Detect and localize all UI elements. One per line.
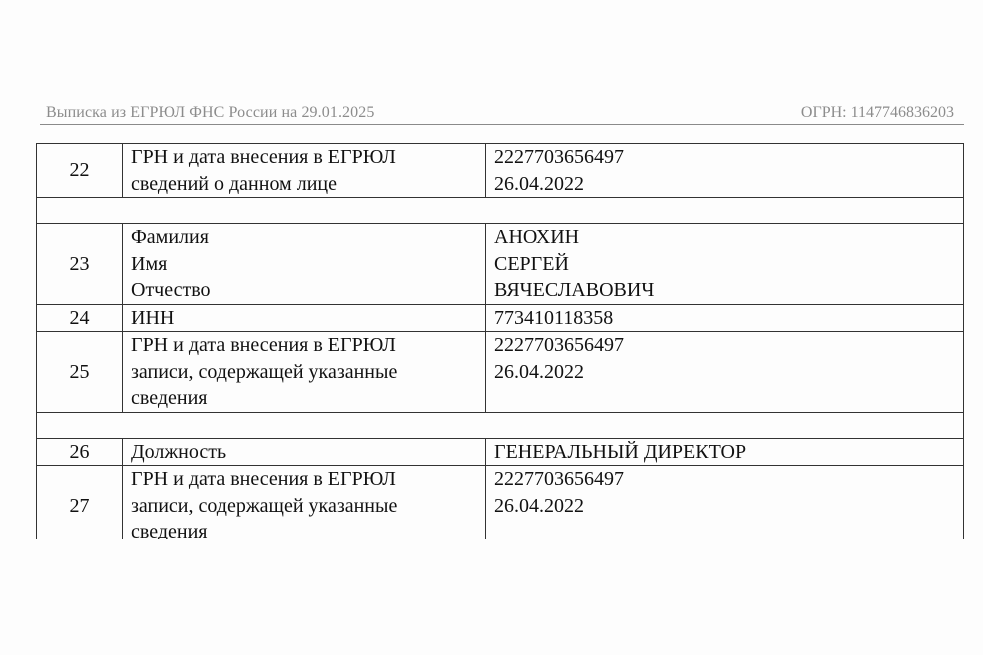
field-value: 222770365649726.04.2022 (486, 144, 964, 198)
table-row: 27ГРН и дата внесения в ЕГРЮЛзаписи, сод… (37, 466, 964, 540)
row-number: 23 (37, 224, 123, 305)
field-value: 222770365649726.04.2022 (486, 332, 964, 413)
value-line: ГЕНЕРАЛЬНЫЙ ДИРЕКТОР (494, 439, 955, 466)
extract-title: Выписка из ЕГРЮЛ ФНС России на 29.01.202… (46, 104, 374, 122)
value-line: ВЯЧЕСЛАВОВИЧ (494, 277, 955, 304)
row-number: 25 (37, 332, 123, 413)
value-line: 26.04.2022 (494, 171, 955, 198)
label-line: Отчество (131, 277, 477, 304)
row-number: 22 (37, 144, 123, 198)
value-line: 773410118358 (494, 305, 955, 332)
label-line: ГРН и дата внесения в ЕГРЮЛ (131, 332, 477, 359)
section-separator-row (37, 198, 964, 224)
field-value: 222770365649726.04.2022 (486, 466, 964, 540)
ogrn-label: ОГРН: 1147746836203 (801, 104, 954, 122)
table-row: 22ГРН и дата внесения в ЕГРЮЛсведений о … (37, 144, 964, 198)
page-header: Выписка из ЕГРЮЛ ФНС России на 29.01.202… (40, 104, 964, 125)
field-label: ГРН и дата внесения в ЕГРЮЛзаписи, содер… (123, 466, 486, 540)
row-number: 24 (37, 304, 123, 332)
label-line: Должность (131, 439, 477, 466)
label-line: ГРН и дата внесения в ЕГРЮЛ (131, 466, 477, 493)
label-line: Имя (131, 251, 477, 278)
table-row: 25ГРН и дата внесения в ЕГРЮЛзаписи, сод… (37, 332, 964, 413)
label-line: сведений о данном лице (131, 171, 477, 198)
field-label: ФамилияИмяОтчество (123, 224, 486, 305)
section-separator-row (37, 412, 964, 438)
field-label: Должность (123, 438, 486, 466)
label-line: ИНН (131, 305, 477, 332)
field-label: ГРН и дата внесения в ЕГРЮЛзаписи, содер… (123, 332, 486, 413)
separator-cell (37, 412, 964, 438)
label-line: записи, содержащей указанные (131, 493, 477, 520)
table-row: 24ИНН773410118358 (37, 304, 964, 332)
field-label: ИНН (123, 304, 486, 332)
table-row: 23ФамилияИмяОтчествоАНОХИНСЕРГЕЙВЯЧЕСЛАВ… (37, 224, 964, 305)
value-line: 26.04.2022 (494, 359, 955, 386)
label-line: ГРН и дата внесения в ЕГРЮЛ (131, 144, 477, 171)
document-body: 22ГРН и дата внесения в ЕГРЮЛсведений о … (36, 143, 965, 539)
label-line: записи, содержащей указанные (131, 359, 477, 386)
table-row: 26ДолжностьГЕНЕРАЛЬНЫЙ ДИРЕКТОР (37, 438, 964, 466)
field-value: ГЕНЕРАЛЬНЫЙ ДИРЕКТОР (486, 438, 964, 466)
value-line: 2227703656497 (494, 466, 955, 493)
value-line: 26.04.2022 (494, 493, 955, 520)
field-value: АНОХИНСЕРГЕЙВЯЧЕСЛАВОВИЧ (486, 224, 964, 305)
value-line: АНОХИН (494, 224, 955, 251)
separator-cell (37, 198, 964, 224)
label-line: Фамилия (131, 224, 477, 251)
label-line: сведения (131, 385, 477, 412)
egrul-table: 22ГРН и дата внесения в ЕГРЮЛсведений о … (36, 143, 964, 539)
label-line: сведения (131, 519, 477, 539)
field-value: 773410118358 (486, 304, 964, 332)
value-line: 2227703656497 (494, 144, 955, 171)
field-label: ГРН и дата внесения в ЕГРЮЛсведений о да… (123, 144, 486, 198)
value-line: 2227703656497 (494, 332, 955, 359)
value-line: СЕРГЕЙ (494, 251, 955, 278)
row-number: 27 (37, 466, 123, 540)
row-number: 26 (37, 438, 123, 466)
